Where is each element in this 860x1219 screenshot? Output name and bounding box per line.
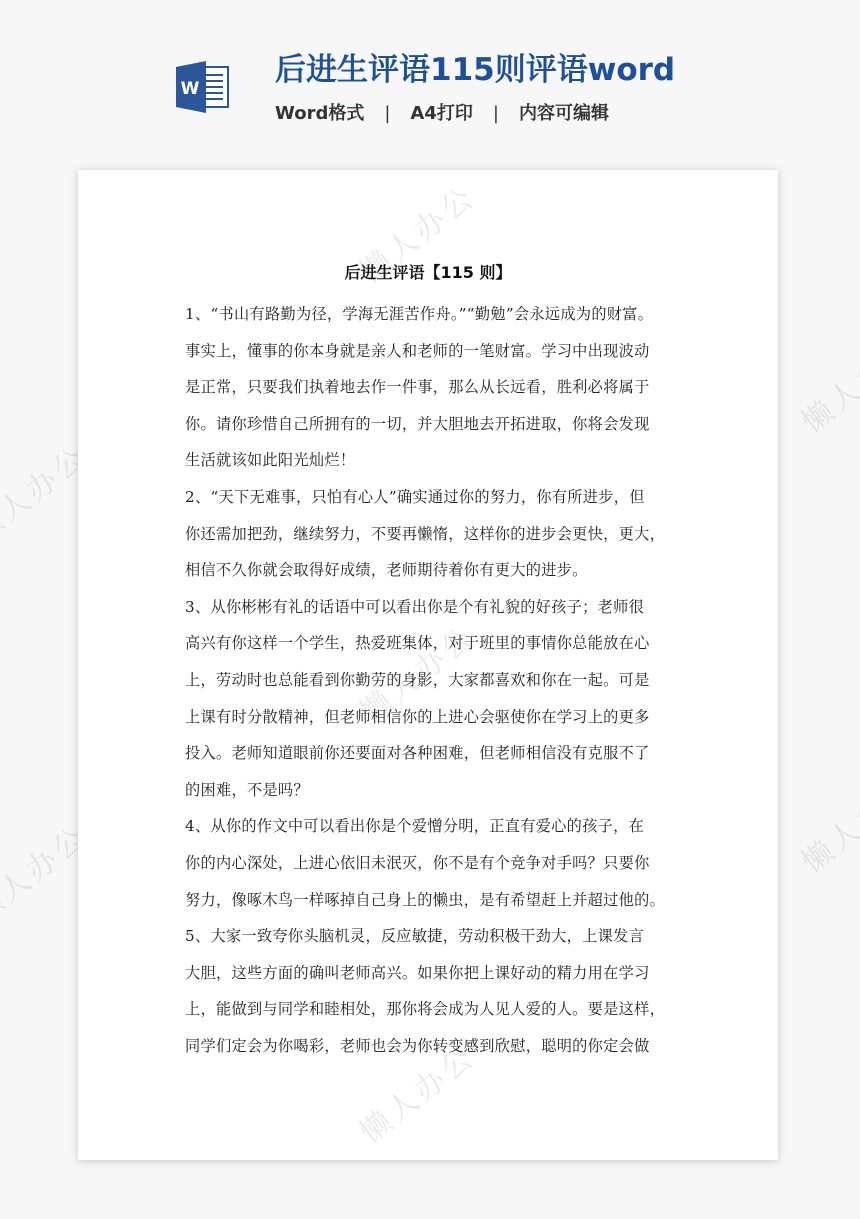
text-line: 上课有时分散精神，但老师相信你的上进心会驱使你在学习上的更多 bbox=[185, 699, 677, 736]
watermark: 懒人办公 bbox=[791, 763, 860, 881]
text-line: 你还需加把劲，继续努力，不要再懒惰，这样你的进步会更快，更大， bbox=[185, 516, 677, 553]
tag-editable: 内容可编辑 bbox=[519, 101, 609, 127]
svg-text:W: W bbox=[181, 79, 200, 99]
text-line: 的困难，不是吗？ bbox=[185, 772, 677, 809]
text-line: 高兴有你这样一个学生，热爱班集体，对于班里的事情你总能放在心 bbox=[185, 625, 677, 662]
text-line: 生活就该如此阳光灿烂！ bbox=[185, 442, 677, 479]
text-line: 是正常，只要我们执着地去作一件事，那么从长远看，胜利必将属于 bbox=[185, 369, 677, 406]
watermark: 懒人办公 bbox=[791, 323, 860, 441]
tag-separator: | bbox=[384, 101, 390, 127]
document-page: 懒人办公 懒人办公 懒人办公 后进生评语【115 则】 1、“书山有路勤为径，学… bbox=[78, 170, 778, 1160]
text-line: 事实上，懂事的你本身就是亲人和老师的一笔财富。学习中出现波动 bbox=[185, 333, 677, 370]
text-line: 大胆，这些方面的确叫老师高兴。如果你把上课好动的精力用在学习 bbox=[185, 955, 677, 992]
page-title: 后进生评语115则评语word bbox=[275, 50, 675, 90]
header: W 后进生评语115则评语word Word格式 | A4打印 | 内容可编辑 bbox=[0, 0, 860, 160]
document-body: 1、“书山有路勤为径，学海无涯苦作舟。”“勤勉”会永远成为的财富。 事实上，懂事… bbox=[185, 296, 677, 1064]
text-line: 1、“书山有路勤为径，学海无涯苦作舟。”“勤勉”会永远成为的财富。 bbox=[185, 296, 677, 333]
word-document-icon: W bbox=[176, 61, 230, 113]
text-line: 你的内心深处，上进心依旧未泯灭，你不是有个竞争对手吗？只要你 bbox=[185, 845, 677, 882]
text-line: 相信不久你就会取得好成绩，老师期待着你有更大的进步。 bbox=[185, 552, 677, 589]
text-line: 上，劳动时也总能看到你勤劳的身影，大家都喜欢和你在一起。可是 bbox=[185, 662, 677, 699]
text-line: 上，能做到与同学和睦相处，那你将会成为人见人爱的人。要是这样， bbox=[185, 991, 677, 1028]
text-line: 投入。老师知道眼前你还要面对各种困难，但老师相信没有克服不了 bbox=[185, 735, 677, 772]
text-line: 努力，像啄木鸟一样啄掉自己身上的懒虫，是有希望赶上并超过他的。 bbox=[185, 882, 677, 919]
tag-separator: | bbox=[493, 101, 499, 127]
text-line: 同学们定会为你喝彩，老师也会为你转变感到欣慰，聪明的你定会做 bbox=[185, 1028, 677, 1065]
tag-a4-print: A4打印 bbox=[410, 101, 472, 127]
text-line: 5、大家一致夸你头脑机灵，反应敏捷，劳动积极干劲大，上课发言 bbox=[185, 918, 677, 955]
text-line: 3、从你彬彬有礼的话语中可以看出你是个有礼貌的好孩子；老师很 bbox=[185, 589, 677, 626]
tag-word-format: Word格式 bbox=[275, 101, 364, 127]
document-title: 后进生评语【115 则】 bbox=[78, 260, 778, 286]
feature-tags: Word格式 | A4打印 | 内容可编辑 bbox=[275, 101, 609, 127]
text-line: 4、从你的作文中可以看出你是个爱憎分明，正直有爱心的孩子，在 bbox=[185, 808, 677, 845]
text-line: 2、“天下无难事，只怕有心人”确实通过你的努力，你有所进步，但 bbox=[185, 479, 677, 516]
text-line: 你。请你珍惜自己所拥有的一切，并大胆地去开拓进取，你将会发现 bbox=[185, 406, 677, 443]
